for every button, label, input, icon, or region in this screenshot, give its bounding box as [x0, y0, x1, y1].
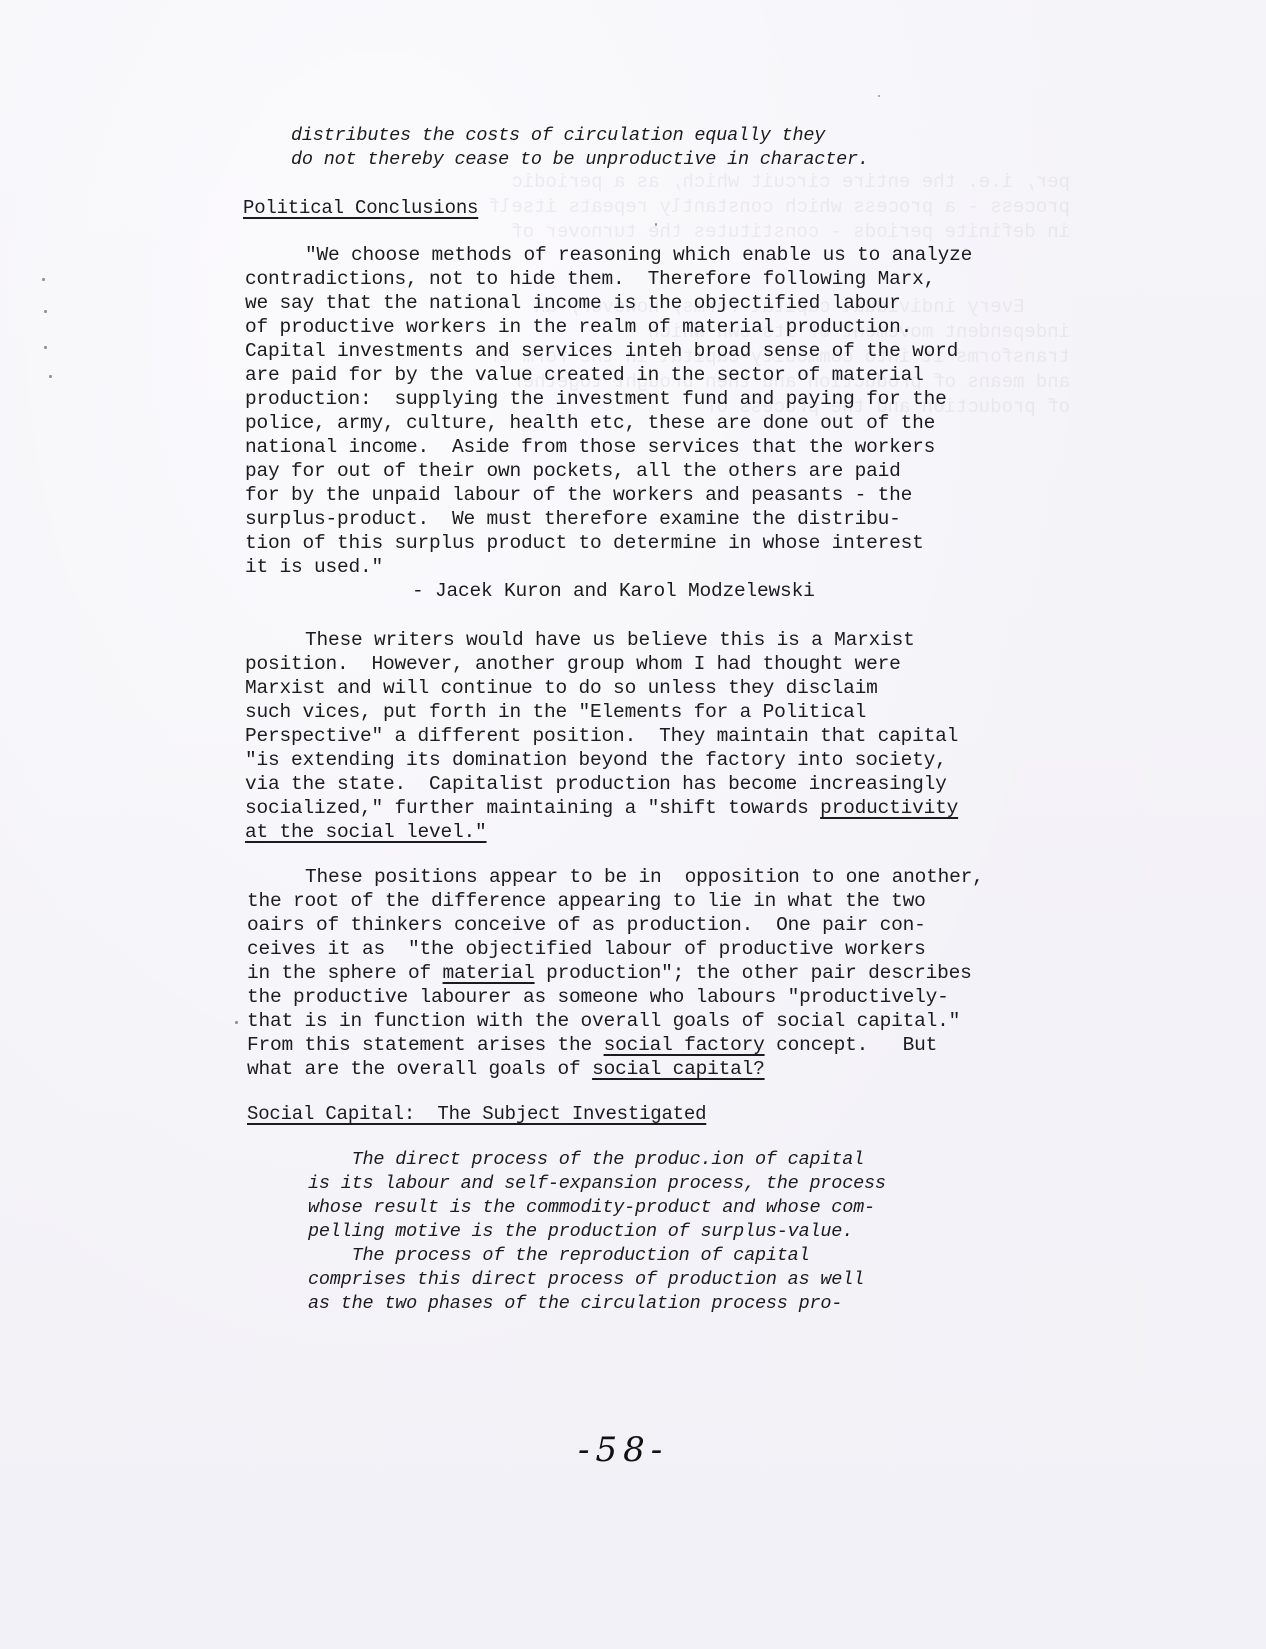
quote-line: tion of this surplus product to determin… — [245, 531, 924, 555]
scan-speck — [235, 1021, 238, 1024]
scan-speck — [878, 95, 880, 97]
paragraph-text: socialized," further maintaining a "shif… — [245, 797, 820, 819]
quote-attribution: - Jacek Kuron and Karol Modzelewski — [412, 579, 815, 603]
paragraph-line: that is in function with the overall goa… — [247, 1009, 960, 1033]
paragraph-line: Marxist and will continue to do so unles… — [245, 676, 878, 700]
quote-line: surplus-product. We must therefore exami… — [245, 507, 901, 531]
quote-line: national income. Aside from those servic… — [245, 435, 935, 459]
paragraph-line: From this statement arises the social fa… — [247, 1033, 937, 1057]
document-page: per, i.e. the entire circuit which, as a… — [0, 0, 1266, 1649]
italic-quote-line: as the two phases of the circulation pro… — [308, 1292, 842, 1316]
page-number: -58- — [578, 1430, 668, 1470]
paragraph-line: at the social level." — [245, 820, 487, 844]
quote-line: Capital investments and services inteh b… — [245, 339, 958, 363]
opening-quote-line-2: do not thereby cease to be unproductive … — [291, 148, 869, 172]
underlined-social-factory: social factory — [604, 1034, 765, 1056]
scan-speck — [655, 223, 657, 226]
paragraph-text: concept. But — [765, 1034, 938, 1056]
paragraph-line: oairs of thinkers conceive of as product… — [247, 913, 926, 937]
paragraph-line: in the sphere of material production"; t… — [247, 961, 972, 985]
quote-line: pay for out of their own pockets, all th… — [245, 459, 901, 483]
underlined-material: material — [443, 962, 535, 984]
paragraph-line: These positions appear to be in oppositi… — [305, 865, 984, 889]
paragraph-line: the productive labourer as someone who l… — [247, 985, 949, 1009]
italic-quote-line: The direct process of the produc.ion of … — [308, 1148, 864, 1172]
paragraph-line: socialized," further maintaining a "shif… — [245, 796, 958, 820]
underlined-productivity: productivity — [820, 797, 958, 819]
scan-speck — [44, 310, 47, 313]
paragraph-line: via the state. Capitalist production has… — [245, 772, 947, 796]
paragraph-line: "is extending its domination beyond the … — [245, 748, 947, 772]
quote-line: production: supplying the investment fun… — [245, 387, 947, 411]
quote-line: are paid for by the value created in the… — [245, 363, 924, 387]
paragraph-text: production"; the other pair describes — [535, 962, 972, 984]
paragraph-line: Perspective" a different position. They … — [245, 724, 958, 748]
underlined-social-capital: social capital? — [592, 1058, 765, 1080]
quote-line: contradictions, not to hide them. Theref… — [245, 267, 935, 291]
paragraph-line: position. However, another group whom I … — [245, 652, 901, 676]
scan-speck — [42, 278, 45, 281]
scan-speck — [44, 346, 47, 349]
paragraph-line: the root of the difference appearing to … — [247, 889, 926, 913]
paragraph-line: what are the overall goals of social cap… — [247, 1057, 765, 1081]
underlined-social-level: at the social level." — [245, 821, 487, 843]
italic-quote-line: pelling motive is the production of surp… — [308, 1220, 853, 1244]
quote-line: it is used." — [245, 555, 383, 579]
italic-quote-line: The process of the reproduction of capit… — [308, 1244, 809, 1268]
quote-line: we say that the national income is the o… — [245, 291, 901, 315]
quote-line: of productive workers in the realm of ma… — [245, 315, 912, 339]
paragraph-line: ceives it as "the objectified labour of … — [247, 937, 926, 961]
paragraph-text: From this statement arises the — [247, 1034, 604, 1056]
quote-line: for by the unpaid labour of the workers … — [245, 483, 912, 507]
italic-quote-line: comprises this direct process of product… — [308, 1268, 864, 1292]
scan-speck — [49, 375, 52, 378]
paragraph-line: These writers would have us believe this… — [305, 628, 915, 652]
paragraph-line: such vices, put forth in the "Elements f… — [245, 700, 866, 724]
section-heading-social-capital: Social Capital: The Subject Investigated — [247, 1102, 706, 1126]
quote-line: "We choose methods of reasoning which en… — [305, 243, 972, 267]
italic-quote-line: is its labour and self-expansion process… — [308, 1172, 886, 1196]
section-heading-political-conclusions: Political Conclusions — [243, 196, 478, 220]
italic-quote-line: whose result is the commodity-product an… — [308, 1196, 875, 1220]
paragraph-text: in the sphere of — [247, 962, 443, 984]
opening-quote-line-1: distributes the costs of circulation equ… — [291, 124, 825, 148]
quote-line: police, army, culture, health etc, these… — [245, 411, 935, 435]
paragraph-text: what are the overall goals of — [247, 1058, 592, 1080]
